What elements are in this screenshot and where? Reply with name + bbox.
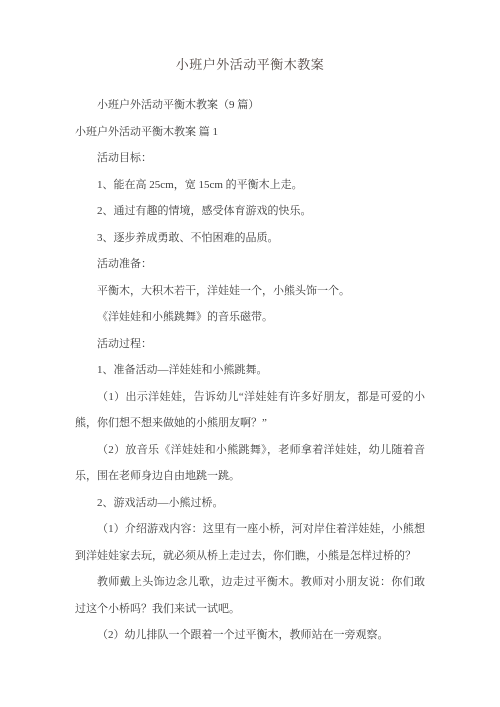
document-title: 小班户外活动平衡木教案 xyxy=(75,52,425,78)
paragraph: （2）幼儿排队一个跟着一个过平衡木，教师站在一旁观察。 xyxy=(75,622,425,649)
paragraph: （1）介绍游戏内容：这里有一座小桥，河对岸住着洋娃娃，小熊想到洋娃娃家去玩，就必… xyxy=(75,516,425,569)
document-body: 小班户外活动平衡木教案（9 篇） 小班户外活动平衡木教案 篇 1 活动目标： 1… xyxy=(75,92,425,649)
document-subtitle: 小班户外活动平衡木教案（9 篇） xyxy=(75,92,425,119)
paragraph: 《洋娃娃和小熊跳舞》的音乐磁带。 xyxy=(75,304,425,331)
paragraph: 2、游戏活动—小熊过桥。 xyxy=(75,490,425,517)
paragraph: 平衡木，大积木若干，洋娃娃一个，小熊头饰一个。 xyxy=(75,278,425,305)
paragraph: 教师戴上头饰边念儿歌，边走过平衡木。教师对小朋友说：你们敢过这个小桥吗？我们来试… xyxy=(75,569,425,622)
paragraph: （2）放音乐《洋娃娃和小熊跳舞》，老师拿着洋娃娃，幼儿随着音乐，围在老师身边自由… xyxy=(75,437,425,490)
paragraph: 1、准备活动—洋娃娃和小熊跳舞。 xyxy=(75,357,425,384)
document-page: 小班户外活动平衡木教案 小班户外活动平衡木教案（9 篇） 小班户外活动平衡木教案… xyxy=(0,0,500,707)
paragraph: 3、逐步养成勇敢、不怕困难的品质。 xyxy=(75,225,425,252)
section-heading: 小班户外活动平衡木教案 篇 1 xyxy=(75,119,425,146)
paragraph: 活动过程： xyxy=(75,331,425,358)
paragraph: 2、通过有趣的情境，感受体育游戏的快乐。 xyxy=(75,198,425,225)
paragraph: 1、能在高 25cm，宽 15cm 的平衡木上走。 xyxy=(75,172,425,199)
paragraph: 活动目标： xyxy=(75,145,425,172)
paragraph: 活动准备： xyxy=(75,251,425,278)
paragraph: （1）出示洋娃娃，告诉幼儿“洋娃娃有许多好朋友，都是可爱的小熊，你们想不想来做她… xyxy=(75,384,425,437)
